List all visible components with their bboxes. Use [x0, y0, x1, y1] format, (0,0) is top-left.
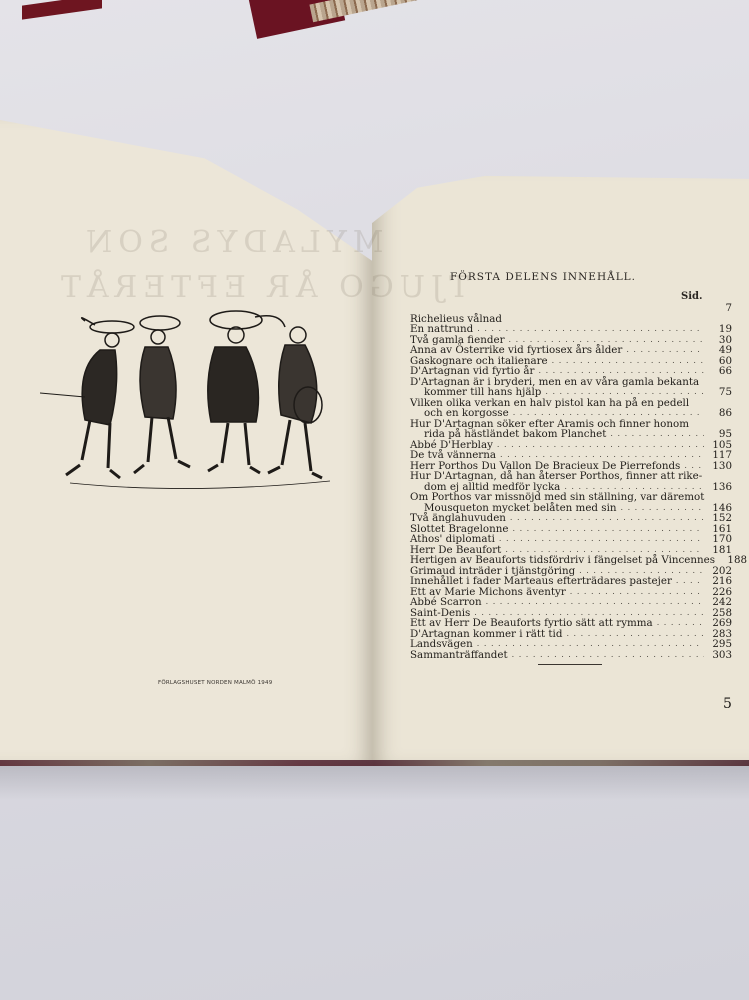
toc-entry: Landsvägen. . . . . . . . . . . . . . . … [410, 639, 732, 650]
toc-leader-dots: . . . . . . . . . . . . . . . . . . . . … [626, 345, 704, 356]
toc-entry-title: kommer till hans hjälp [410, 387, 541, 398]
toc-leader-dots: . . . . . . . . . . . . . . . . . . . . … [676, 576, 704, 587]
ghost-title-line-1: MYLADYS SON [80, 225, 383, 260]
toc-leader-dots: . . . . . . . . . . . . . . . . . . . . … [513, 524, 705, 535]
toc-entry-page: 136 [708, 482, 732, 493]
toc-entry-page: 216 [708, 576, 732, 587]
toc-entry-title: Abbé Scarron [410, 597, 482, 608]
toc-entry-page: 303 [708, 650, 732, 661]
toc-entry-title: Innehållet i fader Marteaus efterträdare… [410, 576, 672, 587]
toc-entry: D'Artagnan vid fyrtio år. . . . . . . . … [410, 366, 732, 377]
toc-entry-page: 95 [708, 429, 732, 440]
toc-entry: Två änglahuvuden. . . . . . . . . . . . … [410, 513, 732, 524]
toc-entry-title: Ett av Herr De Beauforts fyrtio sätt att… [410, 618, 653, 629]
toc-title: FÖRSTA DELENS INNEHÅLL. [450, 271, 636, 283]
toc-leader-dots: . . . . . . . . . . . . . . . . . . . . … [610, 429, 704, 440]
toc-leader-dots: . . . . . . . . . . . . . . . . . . . . … [510, 513, 704, 524]
toc-entry-title: rida på hästländet bakom Planchet [410, 429, 606, 440]
toc-entry-page: 19 [708, 324, 732, 335]
toc-entry-page: 242 [708, 597, 732, 608]
toc-leader-dots: . . . . . . . . . . . . . . . . . . . . … [538, 366, 704, 377]
toc-entry-title: Anna av Österrike vid fyrtiosex års ålde… [410, 345, 622, 356]
toc-leader-dots: . . . . . . . . . . . . . . . . . . . . … [499, 534, 704, 545]
toc-entry-title: De två vännerna [410, 450, 496, 461]
toc-entry-page: 170 [708, 534, 732, 545]
toc-entry-title: En nattrund [410, 324, 473, 335]
section-divider-rule [538, 664, 602, 665]
toc-entry-page: 295 [708, 639, 732, 650]
ghost-title-line-2: TJUGO ÅR EFTERÅT [55, 270, 469, 305]
musketeers-illustration-icon [40, 305, 340, 505]
publisher-imprint: FÖRLAGSHUSET NORDEN MALMÖ 1949 [158, 680, 272, 686]
toc-entry-title: och en korgosse [410, 408, 509, 419]
book-top-left [22, 0, 102, 20]
toc-entry: Athos' diplomati. . . . . . . . . . . . … [410, 534, 732, 545]
toc-leader-dots: . . . . . . . . . . . . . . . . . . . . … [497, 440, 704, 451]
toc-entry: rida på hästländet bakom Planchet. . . .… [410, 429, 732, 440]
toc-entry: Hur D'Artagnan, då han återser Porthos, … [410, 471, 732, 482]
toc-entry: . . . . . . . . . . . . . . . . . . . . … [410, 303, 732, 314]
toc-entry-page: 7 [708, 303, 732, 314]
toc-entry: Hertigen av Beauforts tidsfördriv i fäng… [410, 555, 732, 566]
toc-leader-dots: . . . . . . . . . . . . . . . . . . . . … [477, 324, 704, 335]
toc-entry-title: D'Artagnan vid fyrtio år [410, 366, 534, 377]
toc-leader-dots: . . . . . . . . . . . . . . . . . . . . … [486, 597, 704, 608]
toc-entry: Sammanträffandet. . . . . . . . . . . . … [410, 650, 732, 661]
toc-entry-title: Athos' diplomati [410, 534, 495, 545]
toc-leader-dots: . . . . . . . . . . . . . . . . . . . . … [570, 587, 704, 598]
toc-leader-dots: . . . . . . . . . . . . . . . . . . . . … [657, 618, 704, 629]
toc-entry: De två vännerna. . . . . . . . . . . . .… [410, 450, 732, 461]
toc-leader-dots: . . . . . . . . . . . . . . . . . . . . … [500, 450, 704, 461]
toc-entry-page: 86 [708, 408, 732, 419]
toc-leader-dots: . . . . . . . . . . . . . . . . . . . . … [552, 356, 704, 367]
toc-entry: Abbé Scarron. . . . . . . . . . . . . . … [410, 597, 732, 608]
toc-leader-dots: . . . . . . . . . . . . . . . . . . . . … [566, 629, 704, 640]
toc-entry: Om Porthos var missnöjd med sin ställnin… [410, 492, 732, 503]
toc-entry: Innehållet i fader Marteaus efterträdare… [410, 576, 732, 587]
toc-leader-dots: . . . . . . . . . . . . . . . . . . . . … [512, 650, 704, 661]
toc-entry-page: 75 [708, 387, 732, 398]
table-of-contents: . . . . . . . . . . . . . . . . . . . . … [410, 303, 732, 660]
toc-leader-dots: . . . . . . . . . . . . . . . . . . . . … [477, 639, 704, 650]
toc-entry-page: 130 [708, 461, 732, 472]
toc-entry: kommer till hans hjälp. . . . . . . . . … [410, 387, 732, 398]
page-number: 5 [723, 696, 732, 712]
toc-entry-page: 269 [708, 618, 732, 629]
toc-leader-dots: . . . . . . . . . . . . . . . . . . . . … [545, 387, 704, 398]
toc-entry-title: Hur D'Artagnan, då han återser Porthos, … [410, 471, 702, 482]
toc-entry-page: 117 [708, 450, 732, 461]
toc-leader-dots: . . . . . . . . . . . . . . . . . . . . … [621, 503, 705, 514]
book-top-page-edges [309, 0, 430, 22]
toc-entry-page: 49 [708, 345, 732, 356]
toc-entry-title: Två änglahuvuden [410, 513, 506, 524]
book-shadow [0, 760, 749, 800]
toc-entry-title: Landsvägen [410, 639, 473, 650]
toc-entry: Anna av Österrike vid fyrtiosex års ålde… [410, 345, 732, 356]
toc-entry-page: 152 [708, 513, 732, 524]
toc-entry-title: Hertigen av Beauforts tidsfördriv i fäng… [410, 555, 715, 566]
toc-leader-dots: . . . . . . . . . . . . . . . . . . . . … [513, 408, 704, 419]
toc-entry-title: Sammanträffandet [410, 650, 508, 661]
toc-page-column-label: Sid. [681, 291, 703, 302]
toc-entry-page: 188 [723, 555, 747, 566]
toc-entry: En nattrund. . . . . . . . . . . . . . .… [410, 324, 732, 335]
toc-entry-page: 66 [708, 366, 732, 377]
toc-entry-title: Om Porthos var missnöjd med sin ställnin… [410, 492, 704, 503]
toc-entry: Ett av Herr De Beauforts fyrtio sätt att… [410, 618, 732, 629]
toc-entry: och en korgosse. . . . . . . . . . . . .… [410, 408, 732, 419]
